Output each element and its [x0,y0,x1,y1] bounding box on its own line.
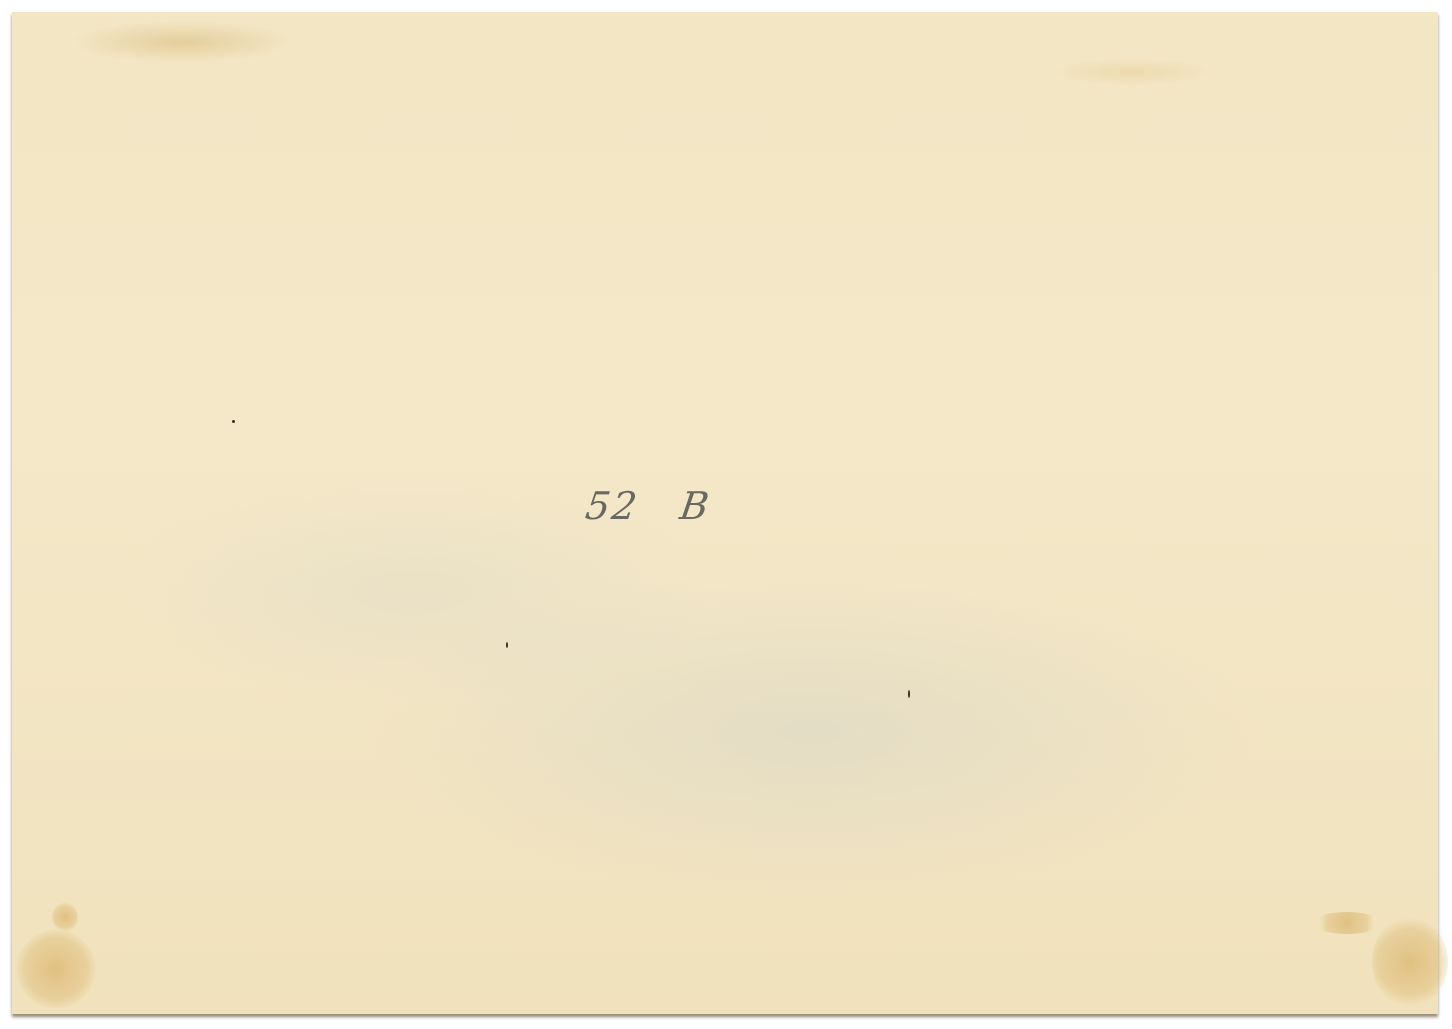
speck [232,420,235,423]
stain-bottom-right-small [1312,912,1382,934]
pencil-annotation: 52 B [583,484,714,528]
paper-sheet: 52 B [12,12,1438,1014]
stain-bottom-left-small [52,902,78,932]
speck [908,690,910,698]
stain-bottom-right [1372,917,1448,1007]
stain-bottom-left [16,930,96,1008]
speck [506,642,508,648]
